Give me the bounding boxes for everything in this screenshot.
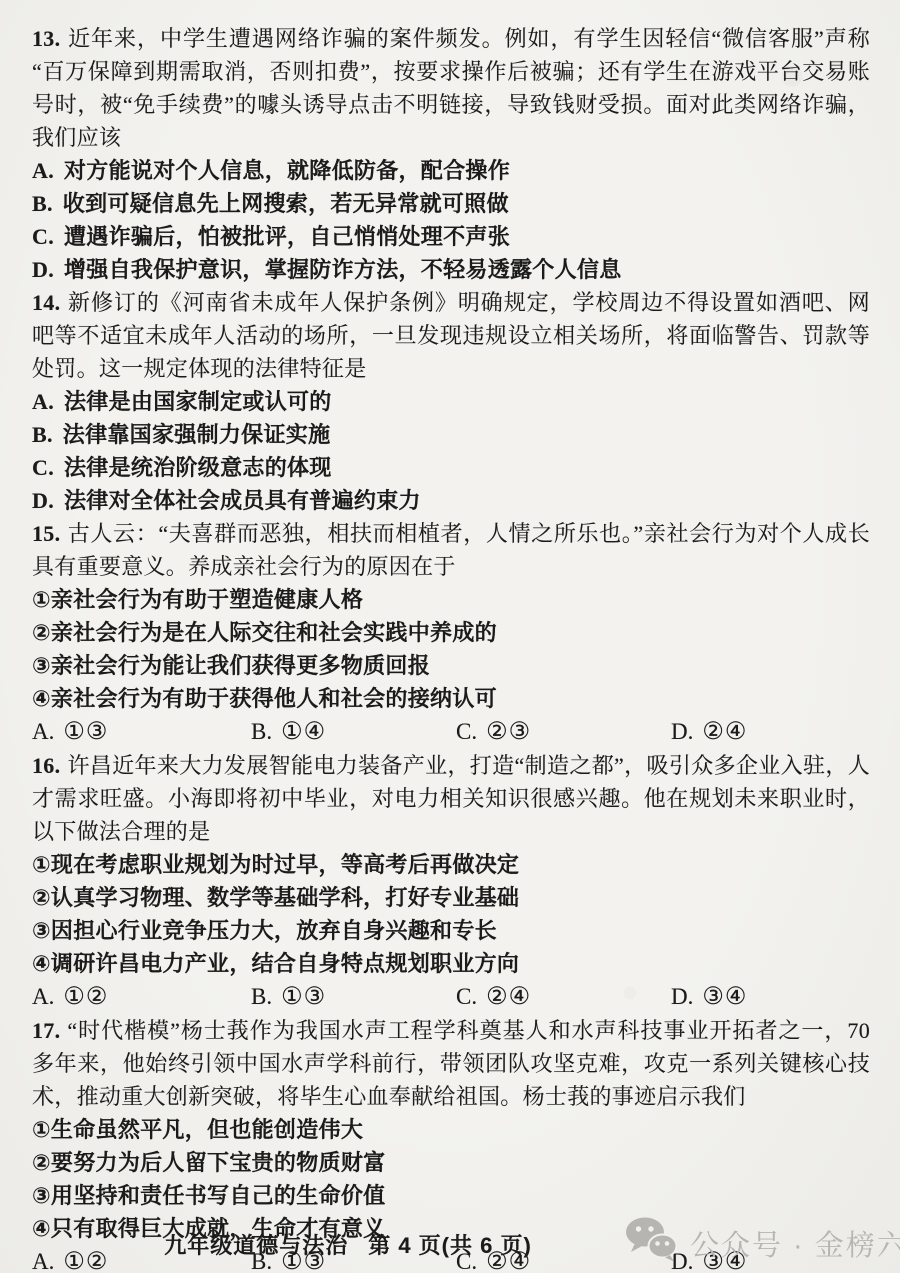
- option-line-b: B.收到可疑信息先上网搜索，若无异常就可照做: [32, 187, 870, 220]
- choice-c: C.②③: [456, 715, 671, 749]
- question-number: 16.: [32, 753, 60, 778]
- option-text: 遭遇诈骗后，怕被批评，自己悄悄处理不声张: [64, 224, 510, 249]
- choice-label: B.: [251, 984, 272, 1009]
- choice-numbers: ①③: [281, 984, 326, 1010]
- question-stem-text: 许昌近年来大力发展智能电力装备产业，打造“制造之都”，吸引众多企业入驻，人才需求…: [32, 753, 870, 844]
- question-stem: 13.近年来，中学生遭遇网络诈骗的案件频发。例如，有学生因轻信“微信客服”声称“…: [32, 22, 870, 154]
- choice-d: D.②④: [671, 715, 870, 749]
- page-footer: 九年级道德与法治第 4 页(共 6 页): [164, 1229, 532, 1260]
- option-text: 收到可疑信息先上网搜索，若无异常就可照做: [63, 191, 509, 216]
- statement-1: ①亲社会行为有助于塑造健康人格: [32, 583, 870, 616]
- choice-d: D.③④: [671, 980, 870, 1014]
- question-number: 14.: [32, 290, 60, 315]
- option-label: C.: [32, 224, 54, 249]
- statement-2: ②要努力为后人留下宝贵的物质财富: [32, 1146, 870, 1179]
- choice-numbers: ①③: [63, 719, 108, 745]
- option-label: B.: [32, 191, 53, 216]
- question-13: 13.近年来，中学生遭遇网络诈骗的案件频发。例如，有学生因轻信“微信客服”声称“…: [32, 22, 870, 286]
- choice-numbers: ①②: [63, 984, 108, 1010]
- option-line-c: C.遭遇诈骗后，怕被批评，自己悄悄处理不声张: [32, 220, 870, 253]
- option-text: 法律是统治阶级意志的体现: [64, 455, 332, 480]
- question-number: 15.: [32, 521, 60, 546]
- exam-paper-page: 13.近年来，中学生遭遇网络诈骗的案件频发。例如，有学生因轻信“微信客服”声称“…: [0, 0, 900, 1273]
- statement-2: ②亲社会行为是在人际交往和社会实践中养成的: [32, 616, 870, 649]
- choice-b: B.①③: [251, 980, 456, 1014]
- choice-numbers: ③④: [702, 984, 747, 1010]
- wechat-icon: [624, 1216, 678, 1270]
- option-line-d: D.增强自我保护意识，掌握防诈方法，不轻易透露个人信息: [32, 253, 870, 286]
- exam-content: 13.近年来，中学生遭遇网络诈骗的案件频发。例如，有学生因轻信“微信客服”声称“…: [32, 22, 870, 1273]
- question-15: 15.古人云：“夫喜群而恶独，相扶而相植者，人情之所乐也。”亲社会行为对个人成长…: [32, 517, 870, 749]
- question-stem-text: “时代楷模”杨士莪作为我国水声工程学科奠基人和水声科技事业开拓者之一，70 多年…: [32, 1018, 870, 1109]
- question-number: 13.: [32, 26, 60, 51]
- statement-4: ④调研许昌电力产业，结合自身特点规划职业方向: [32, 947, 870, 980]
- statement-2: ②认真学习物理、数学等基础学科，打好专业基础: [32, 881, 870, 914]
- option-label: C.: [32, 455, 54, 480]
- option-text: 法律是由国家制定或认可的: [64, 389, 332, 414]
- option-label: B.: [32, 422, 53, 447]
- watermark-text: 公众号 · 金榜六月: [690, 1223, 900, 1264]
- choice-label: D.: [671, 719, 693, 744]
- option-line-b: B.法律靠国家强制力保证实施: [32, 418, 870, 451]
- statement-4: ④亲社会行为有助于获得他人和社会的接纳认可: [32, 682, 870, 715]
- choice-a: A.①②: [32, 980, 251, 1014]
- choice-numbers: ①②: [63, 1249, 108, 1273]
- statement-1: ①生命虽然平凡，但也能创造伟大: [32, 1113, 870, 1146]
- question-stem-text: 古人云：“夫喜群而恶独，相扶而相植者，人情之所乐也。”亲社会行为对个人成长具有重…: [32, 521, 870, 579]
- question-number: 17.: [32, 1018, 60, 1043]
- option-text: 法律对全体社会成员具有普遍约束力: [64, 488, 421, 513]
- statement-3: ③用坚持和责任书写自己的生命价值: [32, 1179, 870, 1212]
- choice-a: A.①③: [32, 715, 251, 749]
- choice-label: B.: [251, 719, 272, 744]
- choice-numbers: ②④: [486, 984, 531, 1010]
- question-16: 16.许昌近年来大力发展智能电力装备产业，打造“制造之都”，吸引众多企业入驻，人…: [32, 749, 870, 1014]
- option-text: 法律靠国家强制力保证实施: [63, 422, 331, 447]
- question-stem: 15.古人云：“夫喜群而恶独，相扶而相植者，人情之所乐也。”亲社会行为对个人成长…: [32, 517, 870, 583]
- statement-3: ③因担心行业竞争压力大，放弃自身兴趣和专长: [32, 914, 870, 947]
- option-label: D.: [32, 488, 54, 513]
- statement-1: ①现在考虑职业规划为时过早，等高考后再做决定: [32, 848, 870, 881]
- option-label: A.: [32, 389, 54, 414]
- statement-3: ③亲社会行为能让我们获得更多物质回报: [32, 649, 870, 682]
- option-text: 对方能说对个人信息，就降低防备，配合操作: [64, 158, 510, 183]
- option-line-a: A.对方能说对个人信息，就降低防备，配合操作: [32, 154, 870, 187]
- option-label: A.: [32, 158, 54, 183]
- question-stem: 17.“时代楷模”杨士莪作为我国水声工程学科奠基人和水声科技事业开拓者之一，70…: [32, 1014, 870, 1113]
- choice-label: C.: [456, 984, 477, 1009]
- option-label: D.: [32, 257, 54, 282]
- footer-subject: 九年级道德与法治: [164, 1233, 348, 1258]
- option-line-c: C.法律是统治阶级意志的体现: [32, 451, 870, 484]
- choice-label: A.: [32, 719, 54, 744]
- question-stem-text: 近年来，中学生遭遇网络诈骗的案件频发。例如，有学生因轻信“微信客服”声称“百万保…: [32, 26, 870, 150]
- choice-label: A.: [32, 1249, 54, 1273]
- option-text: 增强自我保护意识，掌握防诈方法，不轻易透露个人信息: [64, 257, 622, 282]
- choice-label: D.: [671, 984, 693, 1009]
- question-stem-text: 新修订的《河南省未成年人保护条例》明确规定，学校周边不得设置如酒吧、网吧等不适宜…: [32, 290, 870, 381]
- choice-numbers: ②④: [702, 719, 747, 745]
- choice-label: C.: [456, 719, 477, 744]
- choice-row: A.①③ B.①④ C.②③ D.②④: [32, 715, 870, 749]
- option-line-d: D.法律对全体社会成员具有普遍约束力: [32, 484, 870, 517]
- choice-numbers: ②③: [486, 719, 531, 745]
- choice-numbers: ①④: [281, 719, 326, 745]
- choice-label: A.: [32, 984, 54, 1009]
- question-stem: 16.许昌近年来大力发展智能电力装备产业，打造“制造之都”，吸引众多企业入驻，人…: [32, 749, 870, 848]
- watermark: 公众号 · 金榜六月: [624, 1216, 900, 1270]
- choice-b: B.①④: [251, 715, 456, 749]
- choice-c: C.②④: [456, 980, 671, 1014]
- choice-row: A.①② B.①③ C.②④ D.③④: [32, 980, 870, 1014]
- footer-page-number: 第 4 页(共 6 页): [368, 1233, 532, 1258]
- question-stem: 14.新修订的《河南省未成年人保护条例》明确规定，学校周边不得设置如酒吧、网吧等…: [32, 286, 870, 385]
- question-14: 14.新修订的《河南省未成年人保护条例》明确规定，学校周边不得设置如酒吧、网吧等…: [32, 286, 870, 517]
- option-line-a: A.法律是由国家制定或认可的: [32, 385, 870, 418]
